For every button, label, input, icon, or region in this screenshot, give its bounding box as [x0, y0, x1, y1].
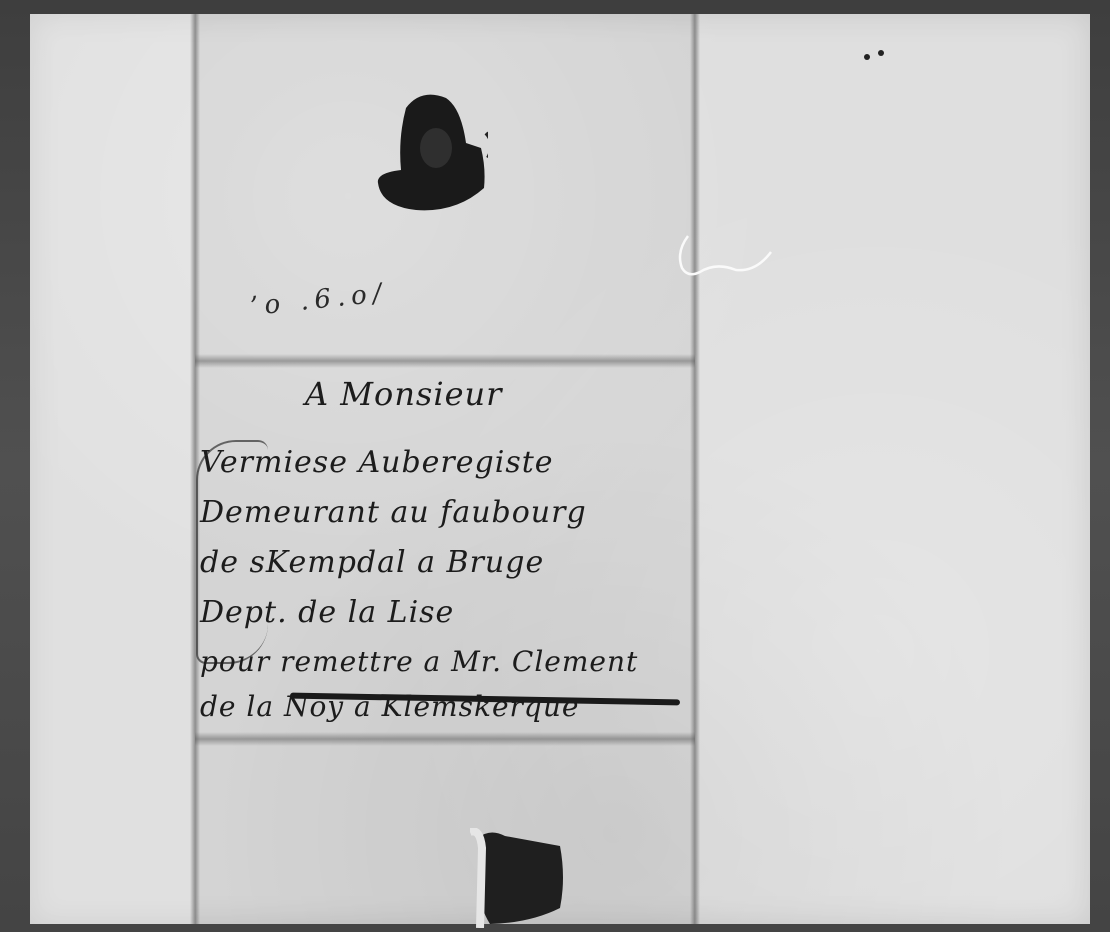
wax-seal-bottom-icon: [470, 828, 566, 928]
address-line-5: pour remettre a Mr. Clement: [200, 645, 638, 678]
address-block: A Monsieur Vermiese Auberegiste Demeuran…: [175, 355, 665, 725]
document-scan: ’o .6.o∕ A Monsieur Vermiese Auberegiste…: [0, 0, 1110, 932]
wax-seal-top-icon: [376, 88, 488, 213]
left-fold-panel: [30, 14, 195, 924]
ink-spot: [864, 54, 870, 60]
address-line-3: de sKempdal a Bruge: [200, 545, 544, 580]
address-salutation: A Monsieur: [305, 375, 502, 413]
vertical-fold-line-right: [690, 14, 700, 924]
horizontal-fold-line-lower: [195, 732, 695, 746]
right-fold-panel: [695, 14, 1090, 924]
address-line-2: Demeurant au faubourg: [200, 495, 587, 530]
scratch-mark-icon: [676, 232, 776, 282]
address-line-1: Vermiese Auberegiste: [200, 445, 554, 480]
address-line-4: Dept. de la Lise: [200, 595, 454, 630]
ink-spot: [878, 50, 884, 56]
